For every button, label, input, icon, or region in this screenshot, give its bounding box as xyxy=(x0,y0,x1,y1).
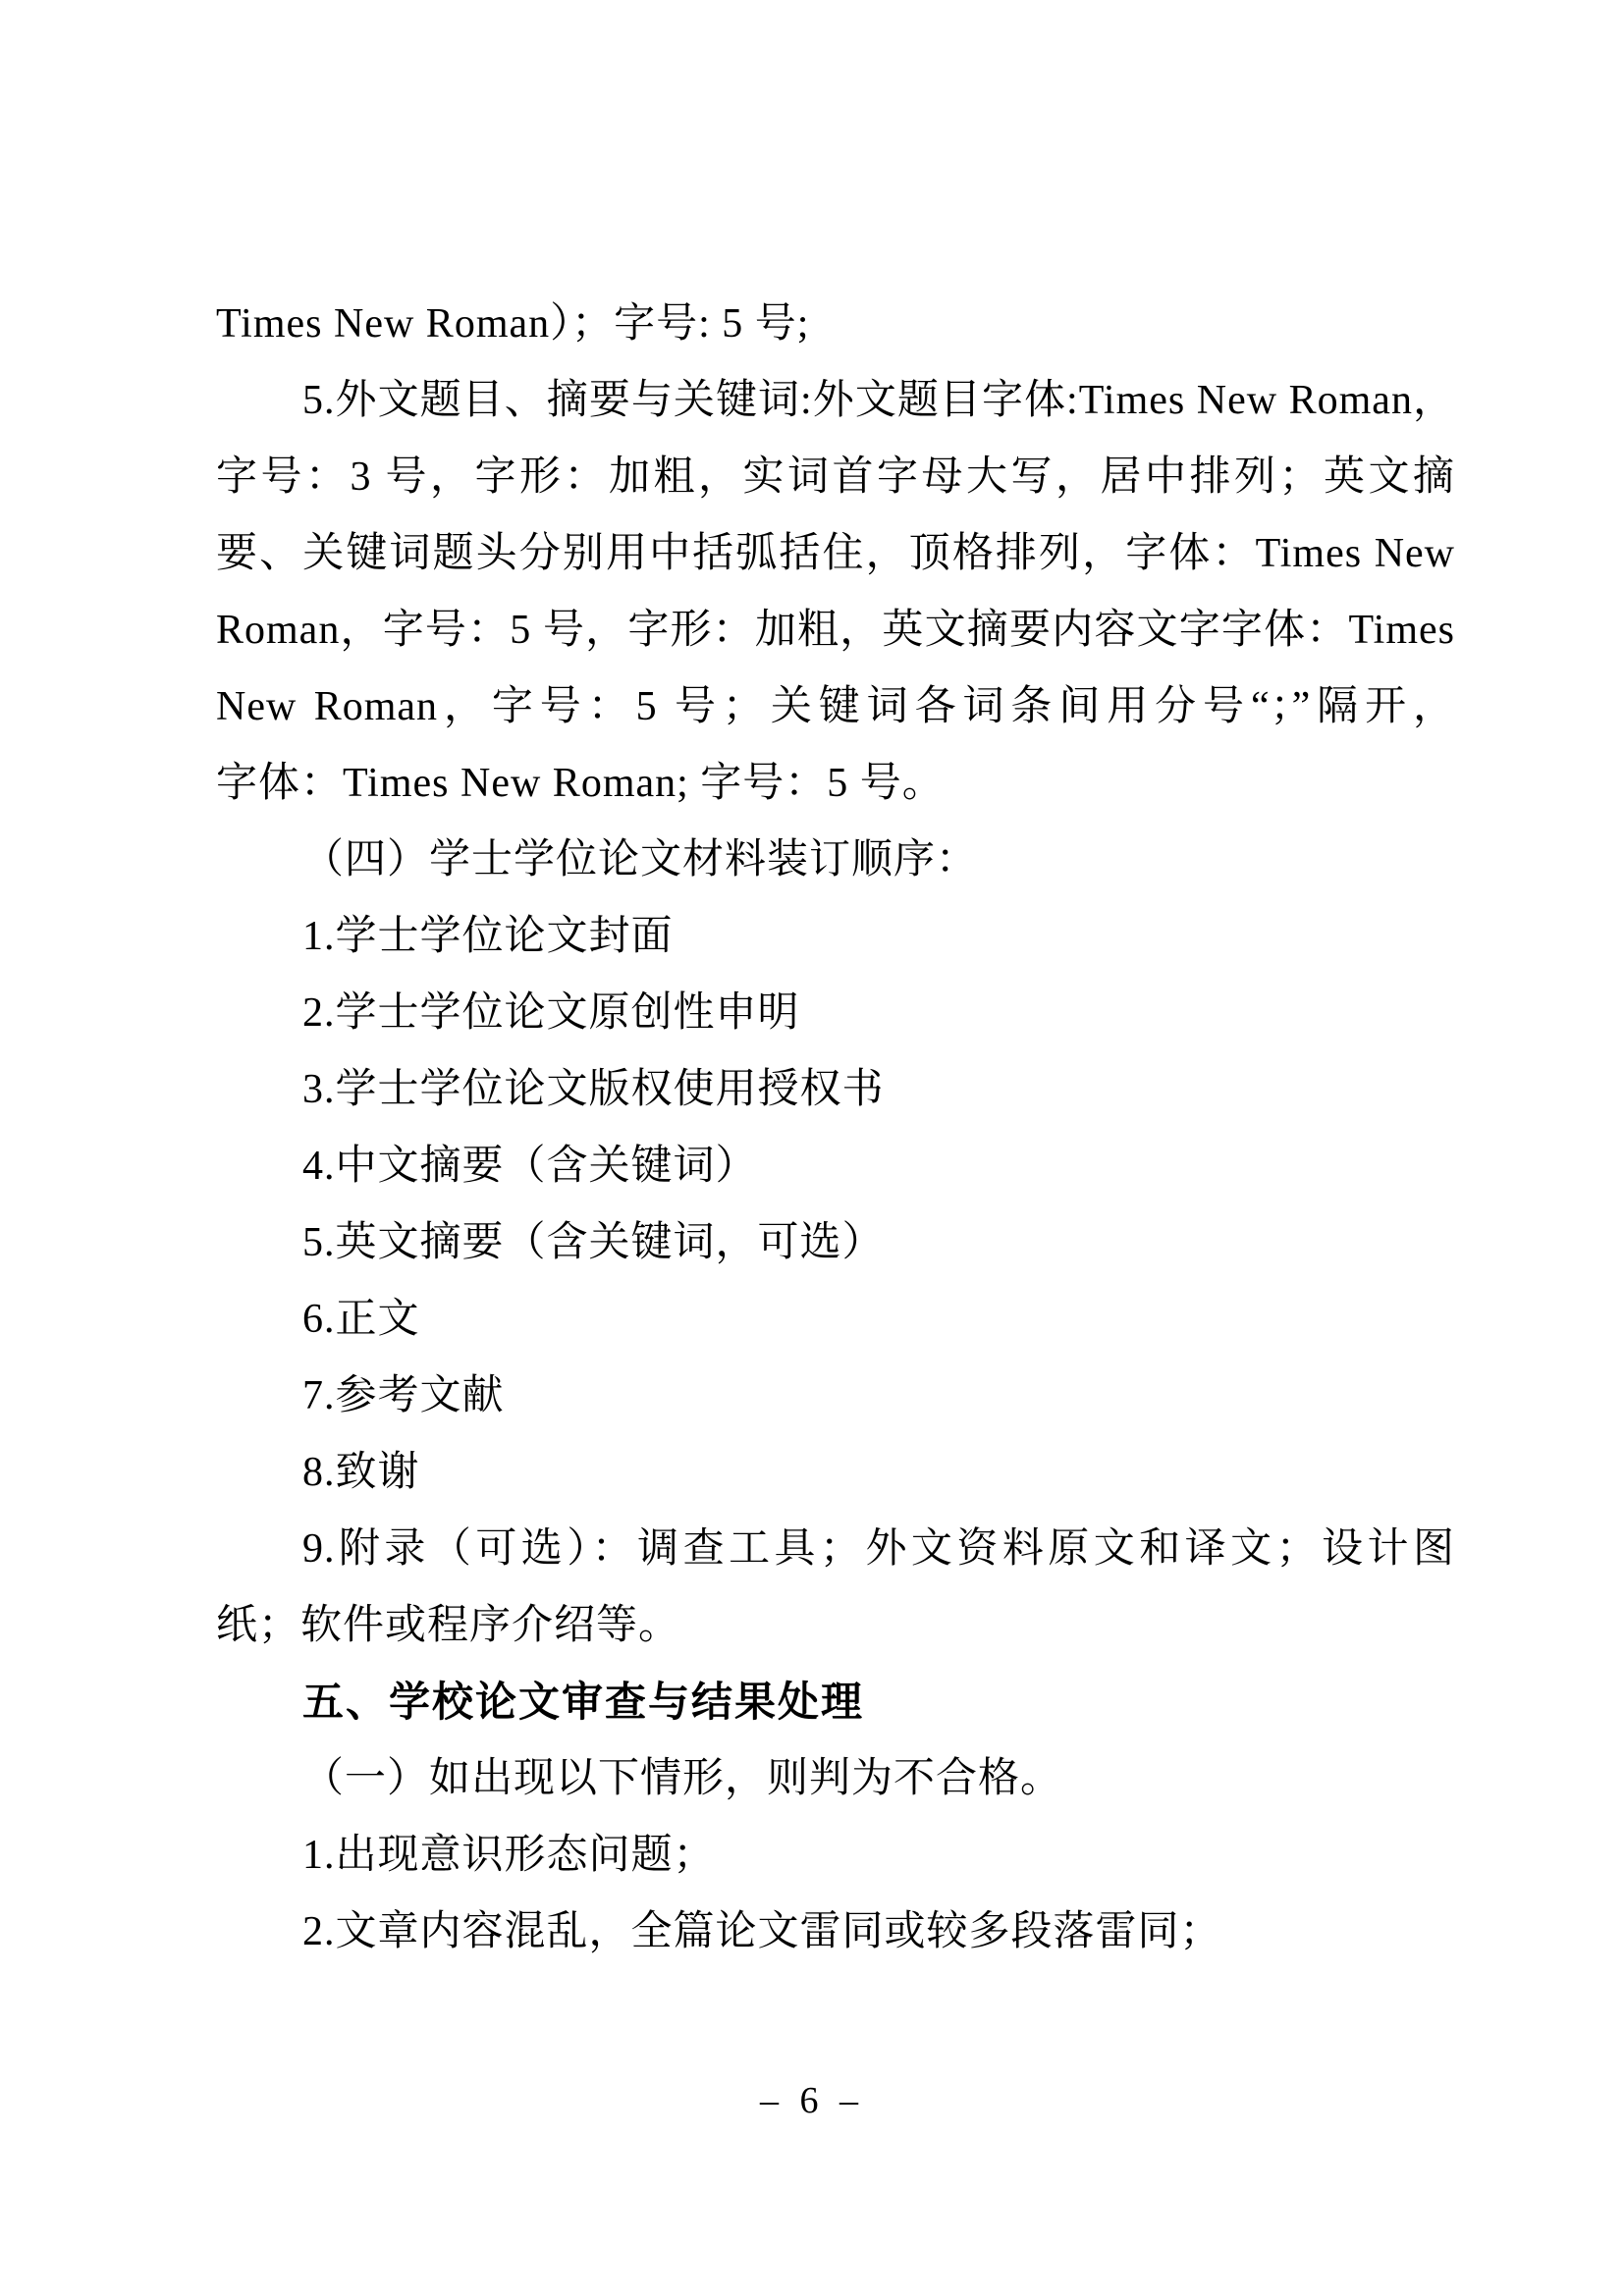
text-line: 字体：Times New Roman; 字号：5 号。 xyxy=(216,745,1455,822)
subsection-title: （四）学士学位论文材料装订顺序： xyxy=(216,822,1455,898)
list-item: 2.学士学位论文原创性申明 xyxy=(216,975,1455,1051)
text-line: Roman，字号：5 号，字形：加粗，英文摘要内容文字字体：Times xyxy=(216,592,1455,668)
section-heading: 五、学校论文审查与结果处理 xyxy=(216,1664,1455,1740)
list-item: 2.文章内容混乱，全篇论文雷同或较多段落雷同； xyxy=(216,1894,1455,1970)
subsection-title: （一）如出现以下情形，则判为不合格。 xyxy=(216,1740,1455,1817)
text-line: New Roman，字号：5 号；关键词各词条间用分号“；”隔开， xyxy=(216,668,1455,745)
list-item: 1.学士学位论文封面 xyxy=(216,898,1455,975)
text-line: 5.外文题目、摘要与关键词:外文题目字体:Times New Roman， xyxy=(216,362,1455,439)
list-item: 3.学士学位论文版权使用授权书 xyxy=(216,1051,1455,1128)
text-line: 字号：3 号，字形：加粗，实词首字母大写，居中排列；英文摘 xyxy=(216,439,1455,515)
text-line: 纸；软件或程序介绍等。 xyxy=(216,1587,1455,1664)
page-number: – 6 – xyxy=(0,2069,1624,2132)
list-item: 1.出现意识形态问题； xyxy=(216,1817,1455,1894)
list-item: 8.致谢 xyxy=(216,1434,1455,1511)
list-item: 4.中文摘要（含关键词） xyxy=(216,1128,1455,1204)
document-body: Times New Roman）；字号: 5 号; 5.外文题目、摘要与关键词:… xyxy=(216,286,1455,1970)
list-item: 7.参考文献 xyxy=(216,1358,1455,1434)
list-item: 5.英文摘要（含关键词，可选） xyxy=(216,1204,1455,1281)
list-item: 6.正文 xyxy=(216,1281,1455,1358)
list-item: 9.附录（可选）：调查工具；外文资料原文和译文；设计图 xyxy=(216,1511,1455,1587)
text-line: Times New Roman）；字号: 5 号; xyxy=(216,286,1455,362)
document-page: Times New Roman）；字号: 5 号; 5.外文题目、摘要与关键词:… xyxy=(0,0,1624,2296)
text-line: 要、关键词题头分别用中括弧括住，顶格排列，字体：Times New xyxy=(216,515,1455,592)
